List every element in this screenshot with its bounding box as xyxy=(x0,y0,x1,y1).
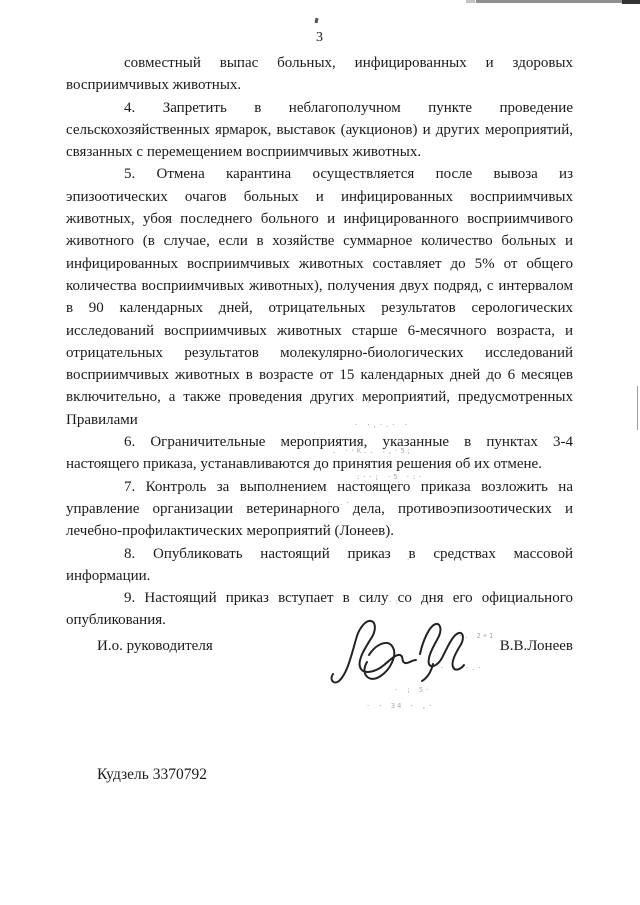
order-body: совместный выпас больных, инфицированных… xyxy=(66,52,573,632)
scanned-order-page: 3 совместный выпас больных, инфицированн… xyxy=(0,0,640,905)
paragraph-item-8: 8. Опубликовать настоящий приказ в средс… xyxy=(66,543,573,588)
paragraph-item-4: 4. Запретить в неблагополучном пункте пр… xyxy=(66,97,573,164)
paragraph-item-5: 5. Отмена карантина осуществляется после… xyxy=(66,163,573,431)
scan-edge-artifact xyxy=(622,0,640,4)
scan-edge-line xyxy=(637,386,638,430)
scan-edge-artifact xyxy=(476,0,623,3)
scan-noise: · · · .· xyxy=(302,499,352,507)
scan-noise: :··; ·5 ·:· xyxy=(356,473,424,481)
paragraph-item-9: 9. Настоящий приказ вступает в силу со д… xyxy=(66,587,573,632)
executor-note: Кудзель 3370792 xyxy=(97,765,207,785)
handwritten-signature-icon xyxy=(323,592,475,708)
scan-speck xyxy=(315,18,319,24)
scan-noise: · xyxy=(406,556,412,564)
scan-noise: . ··K.. .,·5; xyxy=(332,447,413,455)
paragraph-item-6: 6. Ограничительные мероприятия, указанны… xyxy=(66,431,573,476)
scan-edge-artifact xyxy=(466,0,475,3)
scan-noise: ·,·:,· · ·· xyxy=(342,396,410,404)
signatory-role-label: И.о. руководителя xyxy=(97,636,213,656)
signatory-name: В.В.Лонеев xyxy=(500,636,573,656)
paragraph-item-7: 7. Контроль за выполнением настоящего пр… xyxy=(66,476,573,543)
paragraph-continuation: совместный выпас больных, инфицированных… xyxy=(66,52,573,97)
page-number: 3 xyxy=(0,30,640,46)
scan-noise: · ·,·.· · xyxy=(354,421,410,429)
